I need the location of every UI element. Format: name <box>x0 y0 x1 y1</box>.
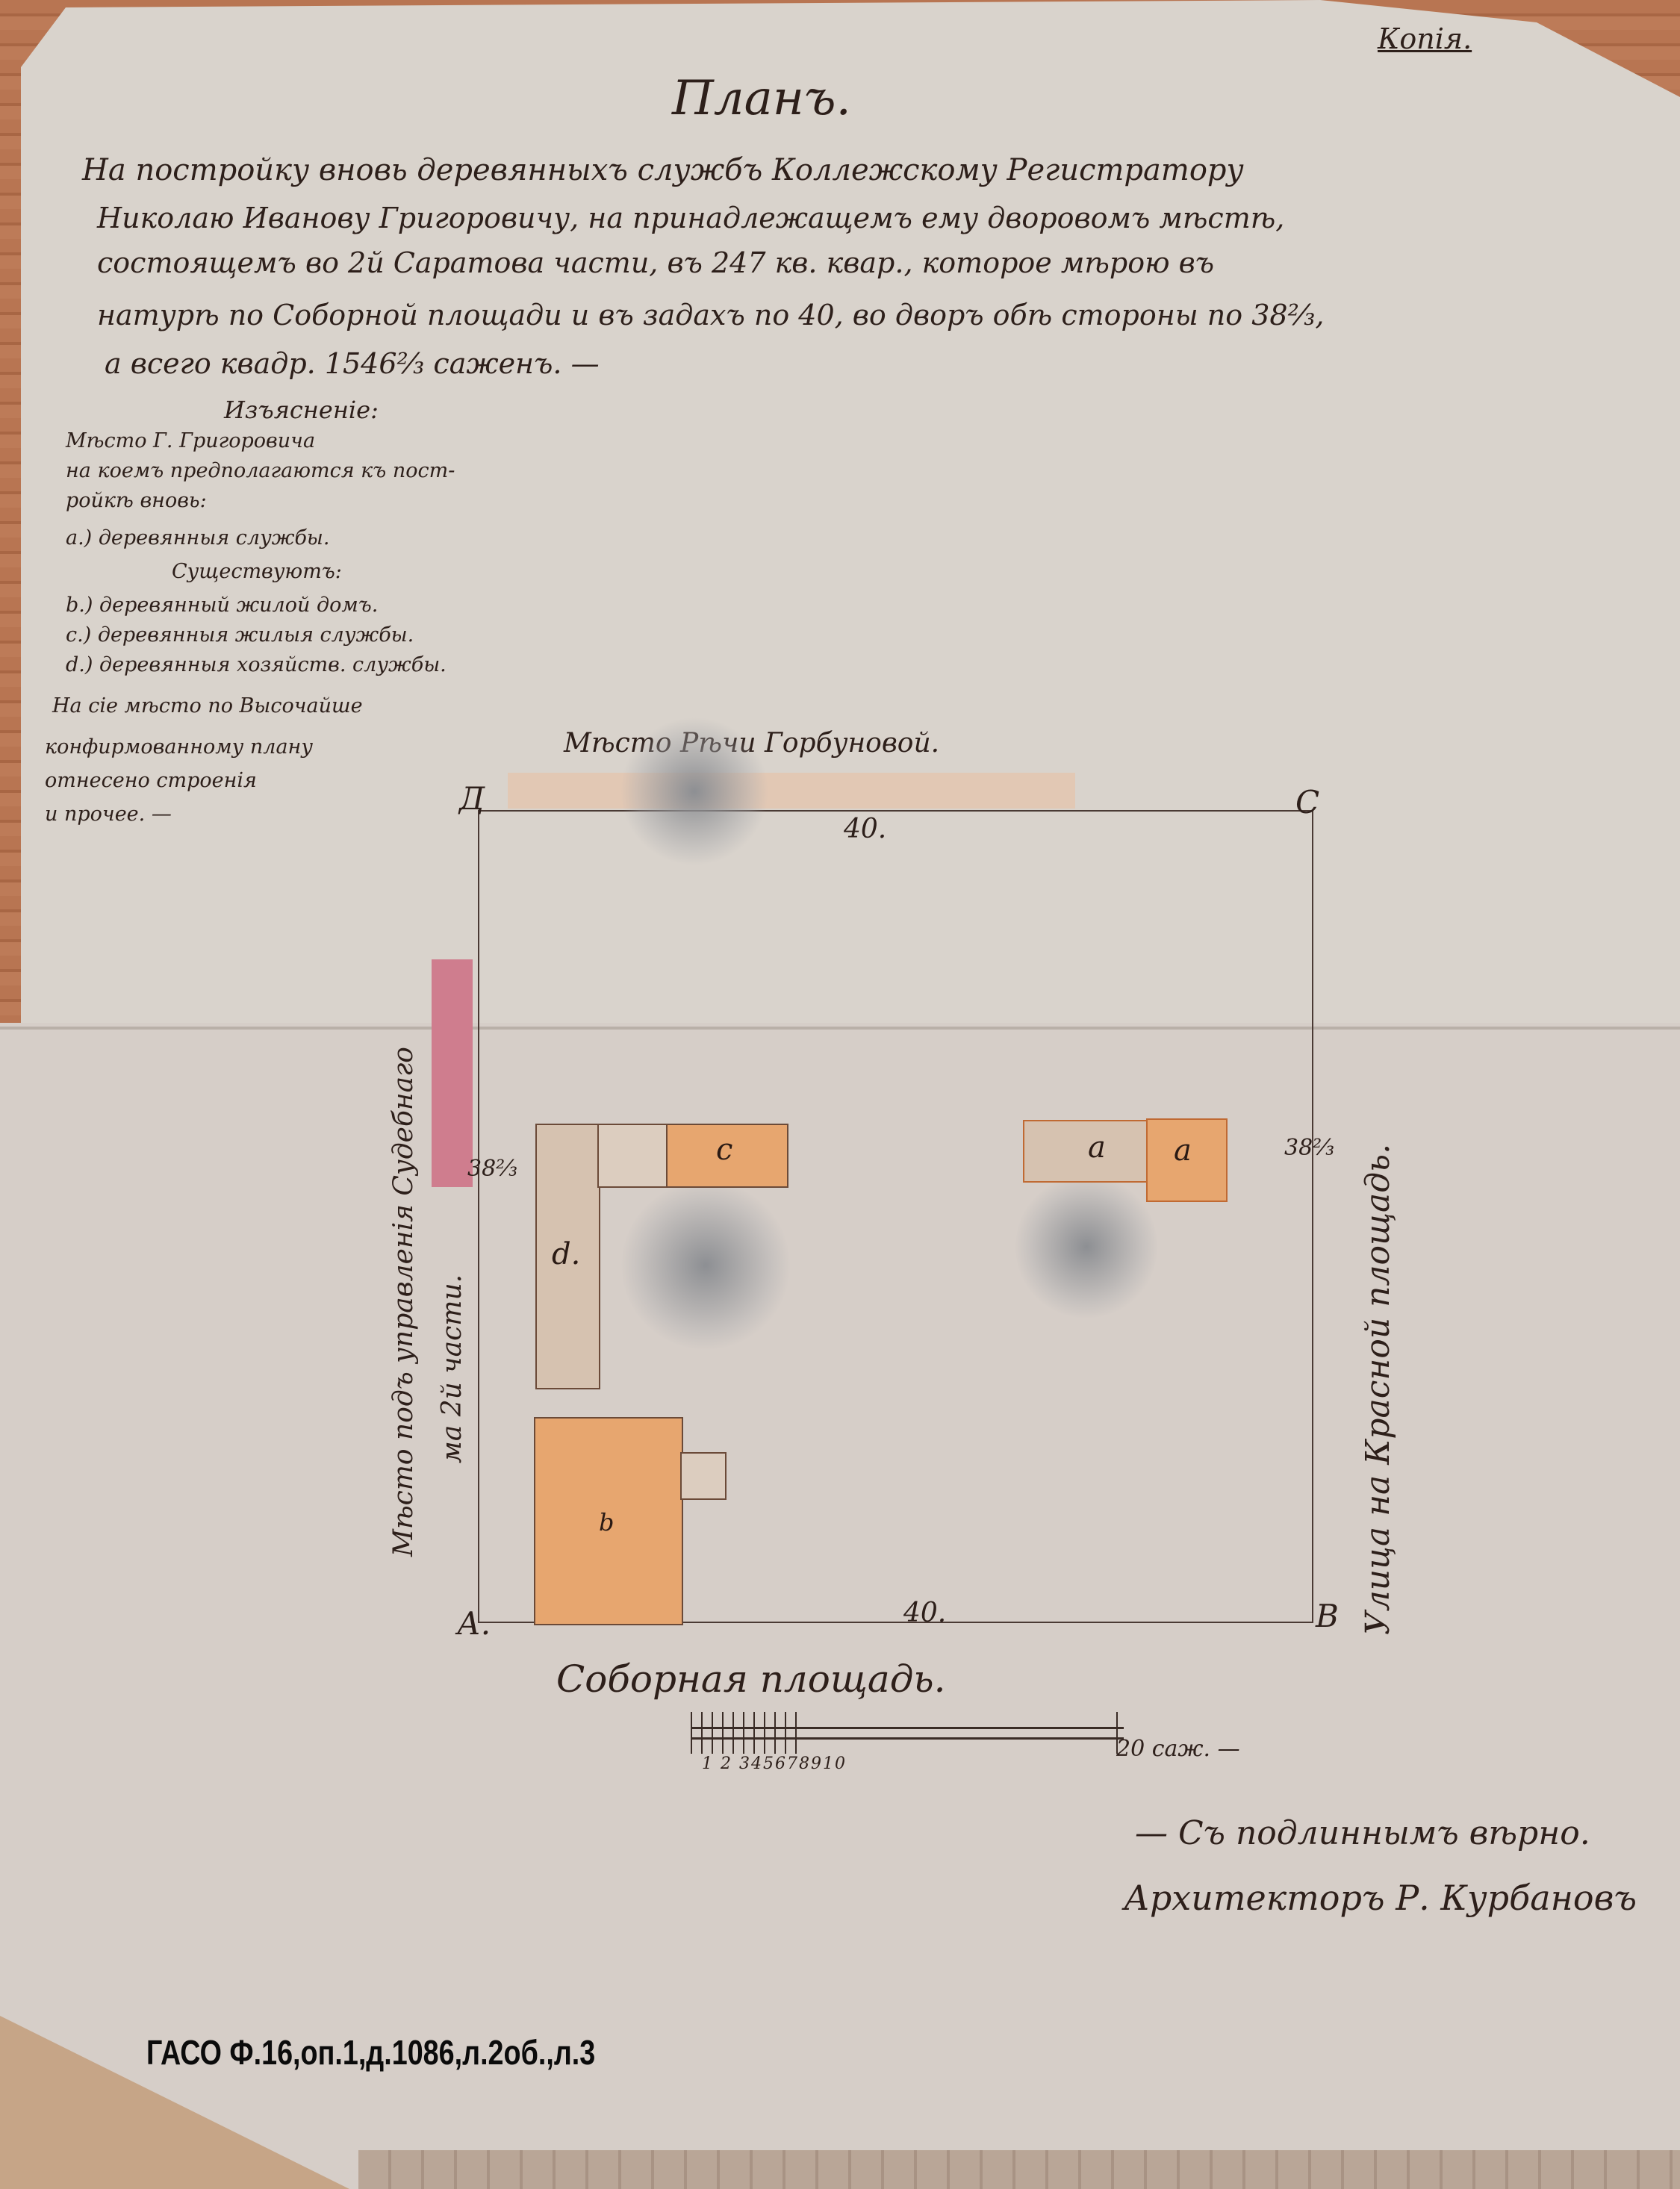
corner-label-bottom-left: А. <box>457 1605 491 1642</box>
legend-item-b: b.) деревянный жилой домъ. <box>66 594 378 617</box>
body-line: а всего квадр. 1546⅔ саженъ. — <box>105 347 600 380</box>
building-b: b <box>534 1417 683 1625</box>
document-title: Планъ. <box>672 71 851 126</box>
certification-line: — Съ подлиннымъ вѣрно. <box>1135 1814 1590 1852</box>
copy-mark: Копія. <box>1378 22 1472 55</box>
corner-label-bottom-right: В <box>1316 1598 1339 1634</box>
archive-reference: ГАСО Ф.16,оп.1,д.1086,л.2об.,л.3 <box>146 2032 595 2073</box>
legend-key: a.) <box>66 526 92 549</box>
legend-key: c.) <box>66 623 91 647</box>
body-line: На постройку вновь деревянныхъ службъ Ко… <box>82 153 1244 187</box>
building-c: c <box>666 1124 788 1188</box>
legend-note-line: отнесено строенія <box>45 769 257 792</box>
building-d-connector <box>597 1124 669 1188</box>
corner-label-top-left: Д <box>459 780 485 817</box>
neighbor-left-label: Мѣсто подъ управленія Судебнаго <box>388 1047 419 1557</box>
building-b-annex <box>680 1452 727 1500</box>
building-label: a <box>1088 1130 1106 1165</box>
legend-intro-line: ройкѣ вновь: <box>66 489 207 512</box>
legend-item-d: d.) деревянныя хозяйств. службы. <box>66 653 447 676</box>
ink-stain <box>620 1180 791 1351</box>
building-label: c <box>716 1133 732 1167</box>
neighbor-left-label-2: ма 2й части. <box>437 1274 467 1463</box>
corner-label-top-right: С <box>1295 784 1319 821</box>
building-d: d. <box>535 1124 600 1389</box>
dimension-right: 38⅔ <box>1284 1135 1334 1161</box>
legend-note-line: конфирмованному плану <box>45 735 313 759</box>
scale-ticks-labels: 1 2 345678910 <box>702 1754 847 1773</box>
building-label: d. <box>552 1237 580 1271</box>
legend-intro-line: на коемъ предполагаются къ пост- <box>66 459 455 482</box>
legend-text: деревянныя жилыя службы. <box>98 623 414 647</box>
body-line: натурѣ по Соборной площади и въ задахъ п… <box>97 299 1325 331</box>
legend-text: деревянныя хозяйств. службы. <box>99 653 447 676</box>
building-a1: a <box>1023 1120 1149 1183</box>
body-line: Николаю Иванову Григоровичу, на принадле… <box>97 202 1284 234</box>
neighbor-strip-top <box>508 773 1075 809</box>
scale-bar <box>691 1721 1124 1752</box>
building-label: a <box>1174 1133 1192 1168</box>
legend-text: деревянныя службы. <box>99 526 330 549</box>
neighbor-marker-left <box>432 959 473 1187</box>
legend-note-line: и прочее. — <box>45 803 172 826</box>
dimension-top: 40. <box>844 814 886 844</box>
building-label: b <box>599 1508 614 1536</box>
neighbor-right-label: Улица на Красной площадь. <box>1359 1144 1397 1635</box>
legend-text: деревянный жилой домъ. <box>99 594 378 617</box>
bottom-street-label: Соборная площадь. <box>556 1657 946 1701</box>
legend-intro-line: Мѣсто Г. Григоровича <box>66 429 315 452</box>
legend-note-line: На сіе мѣсто по Высочайше <box>52 694 363 717</box>
ink-stain <box>1015 1172 1157 1321</box>
legend-item-a: a.) деревянныя службы. <box>66 526 330 549</box>
architect-signature: Архитекторъ Р. Курбановъ <box>1124 1878 1637 1918</box>
legend-heading: Изъясненіе: <box>224 396 379 424</box>
torn-edge <box>358 2150 1680 2189</box>
dimension-bottom: 40. <box>903 1598 946 1628</box>
legend-key: d.) <box>66 653 93 676</box>
scale-end-label: 20 саж. — <box>1116 1736 1240 1762</box>
ink-stain <box>620 717 769 866</box>
legend-item-c: c.) деревянныя жилыя службы. <box>66 623 414 647</box>
legend-existing-heading: Существуютъ: <box>172 560 342 583</box>
legend-key: b.) <box>66 594 93 617</box>
dimension-left: 38⅔ <box>467 1156 517 1182</box>
body-line: состоящемъ во 2й Саратова части, въ 247 … <box>97 246 1214 279</box>
building-a2: a <box>1146 1118 1228 1202</box>
